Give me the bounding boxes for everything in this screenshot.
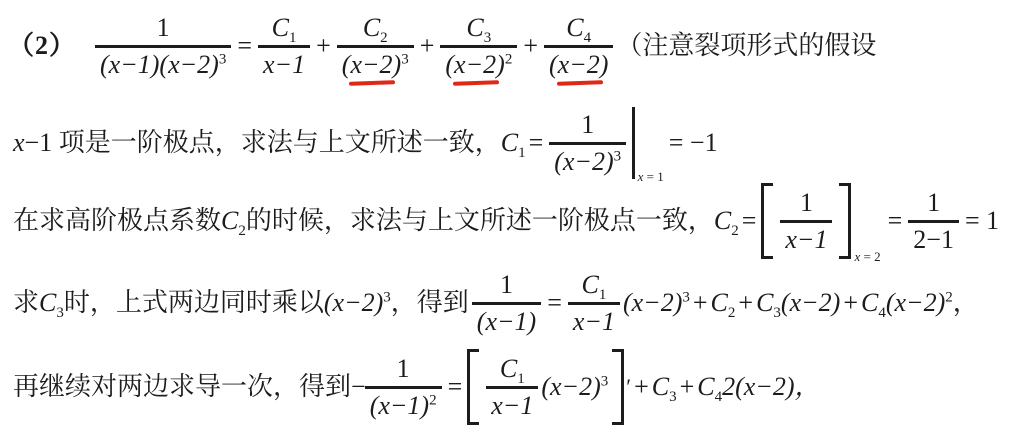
bracket-group: C1 x−1 (x−2)3 xyxy=(467,349,624,424)
formula-line-5: 再继续对两边求导一次，得到 − 1 (x−1)2 = C1 x−1 (x−2)3… xyxy=(13,347,821,427)
fraction-lhs: 1 (x−1)2 xyxy=(365,352,442,421)
exponent: 2 xyxy=(945,289,953,305)
denominator: (x−2)3 xyxy=(549,142,626,178)
cjk-text: −1 项是一阶极点，求法与上文所述一致， xyxy=(25,127,501,160)
equals-sign: = xyxy=(529,127,544,160)
cjk-text: ，得到 xyxy=(391,287,469,320)
left-bracket xyxy=(761,183,773,258)
equals-sign: = xyxy=(448,371,463,404)
formula-line-2: x −1 项是一阶极点，求法与上文所述一致， C1 = 1 (x−2)3 x =… xyxy=(13,103,721,183)
fraction-c1: C1 x−1 xyxy=(486,352,538,421)
numerator: 1 xyxy=(495,268,518,301)
equals-sign: = xyxy=(547,287,562,320)
evaluation-bar: x = 1 xyxy=(632,107,664,179)
item-number: （2） xyxy=(8,30,76,63)
math-term: (x−2)3 xyxy=(324,287,391,320)
fraction-c4: C4 (x−2) xyxy=(544,11,613,80)
numerator: C3 xyxy=(461,11,496,44)
bracket-group: 1 x−1 x = 2 xyxy=(761,183,882,258)
exponent: 3 xyxy=(614,148,622,164)
result: = 1 xyxy=(965,205,999,238)
bracket-content: 1 x−1 xyxy=(773,183,839,258)
denominator: (x−2)2 xyxy=(440,45,517,81)
denominator: 2−1 xyxy=(908,220,959,256)
coefficient: C1 xyxy=(501,127,526,160)
fraction-numeric: 1 2−1 xyxy=(908,186,959,255)
math-term: (x−2) xyxy=(781,287,840,320)
coefficient: C3 xyxy=(652,371,677,404)
plus-sign: + xyxy=(523,30,538,63)
red-underline xyxy=(453,80,499,85)
variable: x xyxy=(13,127,25,160)
numerator: 1 xyxy=(576,108,599,141)
exponent: 2 xyxy=(429,392,437,408)
underlined-term: x−2 xyxy=(454,49,496,80)
fraction: 1 x−1 xyxy=(780,186,832,255)
right-bracket xyxy=(612,349,624,424)
denominator: (x−1)2 xyxy=(365,386,442,422)
left-bracket xyxy=(467,349,479,424)
minus-sign: − xyxy=(351,371,366,404)
equals-sign: = xyxy=(237,30,252,63)
fraction-c1: C1 x−1 xyxy=(568,268,620,337)
right-bracket xyxy=(839,183,851,258)
numerator: C1 xyxy=(267,11,302,44)
formula-line-1: （2） 1 (x−1)(x−2)3 = C1 x−1 + C2 (x−2)3 +… xyxy=(8,2,876,90)
exponent: 3 xyxy=(682,289,690,305)
coefficient: C2 xyxy=(714,205,739,238)
math-notes-page: （2） 1 (x−1)(x−2)3 = C1 x−1 + C2 (x−2)3 +… xyxy=(0,0,1020,429)
cjk-text: 再继续对两边求导一次，得到 xyxy=(13,371,351,404)
denominator: (x−1) xyxy=(472,302,541,338)
exponent: 3 xyxy=(219,51,227,67)
red-underline xyxy=(349,80,395,85)
coefficient: C3 xyxy=(756,287,781,320)
cjk-text: 时，上式两边同时乘以 xyxy=(64,287,324,320)
math-term: (x−2)3 xyxy=(541,371,608,404)
cjk-text: 在求高阶极点系数 xyxy=(13,205,221,238)
fraction-c3: C3 (x−2)2 xyxy=(440,11,517,80)
fraction-c2: C2 (x−2)3 xyxy=(337,11,414,80)
denominator: (x−1)(x−2)3 xyxy=(95,45,231,81)
plus-sign: + xyxy=(634,371,649,404)
equals-sign: = xyxy=(888,205,903,238)
annotation-note: （注意裂项形式的假设 xyxy=(616,30,876,63)
cjk-text: 求 xyxy=(13,287,39,320)
underlined-term: x−2 xyxy=(558,49,600,80)
result: = −1 xyxy=(669,127,718,160)
plus-sign: + xyxy=(680,371,695,404)
coefficient: C2 xyxy=(221,205,246,238)
vertical-bar xyxy=(632,107,635,179)
math-term: (x−2)2 xyxy=(886,287,953,320)
underlined-term: x−2 xyxy=(350,49,392,80)
coefficient: C4 xyxy=(697,371,722,404)
denominator: x−1 xyxy=(258,45,310,81)
fraction-c1: C1 x−1 xyxy=(258,11,310,80)
numerator: 1 xyxy=(922,186,945,219)
numerator: C4 xyxy=(561,11,596,44)
math-term: 2(x−2)， xyxy=(722,371,820,404)
numerator: C2 xyxy=(358,11,393,44)
numerator: C1 xyxy=(577,268,612,301)
formula-line-4: 求 C3 时，上式两边同时乘以 (x−2)3 ，得到 1 (x−1) = C1 … xyxy=(13,259,979,347)
denominator: x−1 xyxy=(568,302,620,338)
comma: ， xyxy=(953,287,979,320)
cjk-text: 的时候，求法与上文所述一阶极点一致， xyxy=(246,205,714,238)
coefficient: C4 xyxy=(861,287,886,320)
numerator: 1 xyxy=(795,186,818,219)
fraction: 1 (x−2)3 xyxy=(549,108,626,177)
plus-sign: + xyxy=(316,30,331,63)
bracket-content: C1 x−1 (x−2)3 xyxy=(479,349,612,424)
exponent: 3 xyxy=(383,289,391,305)
denominator: x−1 xyxy=(486,386,538,422)
plus-sign: + xyxy=(420,30,435,63)
fraction-lhs: 1 (x−1)(x−2)3 xyxy=(95,11,231,80)
plus-sign: + xyxy=(738,287,753,320)
exponent: 3 xyxy=(401,51,409,67)
exponent: 2 xyxy=(505,51,513,67)
numerator: 1 xyxy=(152,11,175,44)
denominator: x−1 xyxy=(780,220,832,256)
equals-sign: = xyxy=(742,205,757,238)
exponent: 3 xyxy=(601,373,609,389)
plus-sign: + xyxy=(843,287,858,320)
plus-sign: + xyxy=(693,287,708,320)
formula-line-3: 在求高阶极点系数 C2 的时候，求法与上文所述一阶极点一致， C2 = 1 x−… xyxy=(13,181,1002,261)
denominator: (x−2)3 xyxy=(337,45,414,81)
denominator: (x−2) xyxy=(544,45,613,81)
fraction-lhs: 1 (x−1) xyxy=(472,268,541,337)
coefficient: C2 xyxy=(711,287,736,320)
red-underline xyxy=(557,80,603,85)
numerator: 1 xyxy=(392,352,415,385)
numerator: C1 xyxy=(495,352,530,385)
coefficient: C3 xyxy=(39,287,64,320)
math-term: (x−2)3 xyxy=(623,287,690,320)
